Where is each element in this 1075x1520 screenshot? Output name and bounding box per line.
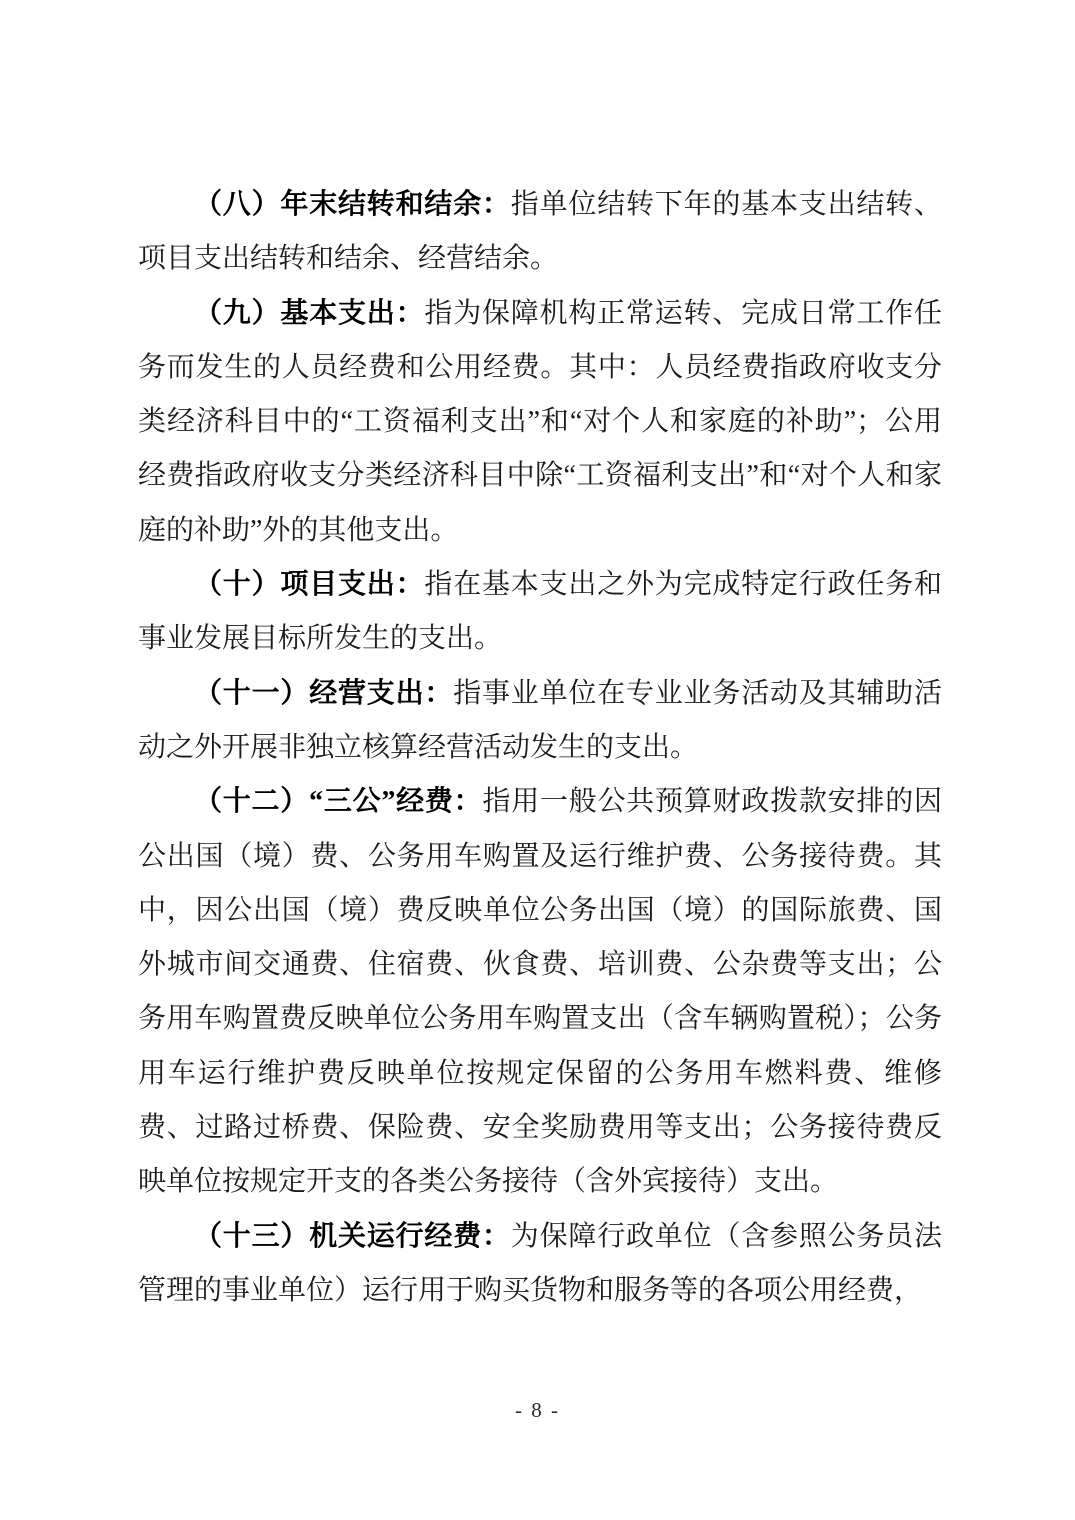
paragraph-body: 指用一般公共预算财政拨款安排的因公出国（境）费、公务用车购置及运行维护费、公务接… xyxy=(138,786,942,1197)
paragraph: （十三）机关运行经费：为保障行政单位（含参照公务员法管理的事业单位）运行用于购买… xyxy=(138,1210,942,1319)
paragraph-heading: （九）基本支出： xyxy=(194,298,424,329)
document-body: （八）年末结转和结余：指单位结转下年的基本支出结转、项目支出结转和结余、经营结余… xyxy=(138,178,942,1318)
paragraph-heading: （十）项目支出： xyxy=(194,569,424,600)
page-number: - 8 - xyxy=(515,1398,560,1422)
paragraph-heading: （十二）“三公”经费： xyxy=(194,786,482,817)
page-footer: - 8 - xyxy=(0,1398,1075,1423)
paragraph: （九）基本支出：指为保障机构正常运转、完成日常工作任务而发生的人员经费和公用经费… xyxy=(138,287,942,558)
paragraph-heading: （十一）经营支出： xyxy=(194,678,453,709)
paragraph: （十）项目支出：指在基本支出之外为完成特定行政任务和事业发展目标所发生的支出。 xyxy=(138,558,942,667)
paragraph-heading: （八）年末结转和结余： xyxy=(194,189,511,220)
paragraph: （八）年末结转和结余：指单位结转下年的基本支出结转、项目支出结转和结余、经营结余… xyxy=(138,178,942,287)
paragraph-heading: （十三）机关运行经费： xyxy=(194,1221,511,1252)
paragraph: （十二）“三公”经费：指用一般公共预算财政拨款安排的因公出国（境）费、公务用车购… xyxy=(138,775,942,1209)
paragraph-body: 指为保障机构正常运转、完成日常工作任务而发生的人员经费和公用经费。其中：人员经费… xyxy=(138,298,942,546)
document-page: （八）年末结转和结余：指单位结转下年的基本支出结转、项目支出结转和结余、经营结余… xyxy=(0,0,1075,1520)
paragraph: （十一）经营支出：指事业单位在专业业务活动及其辅助活动之外开展非独立核算经营活动… xyxy=(138,667,942,776)
